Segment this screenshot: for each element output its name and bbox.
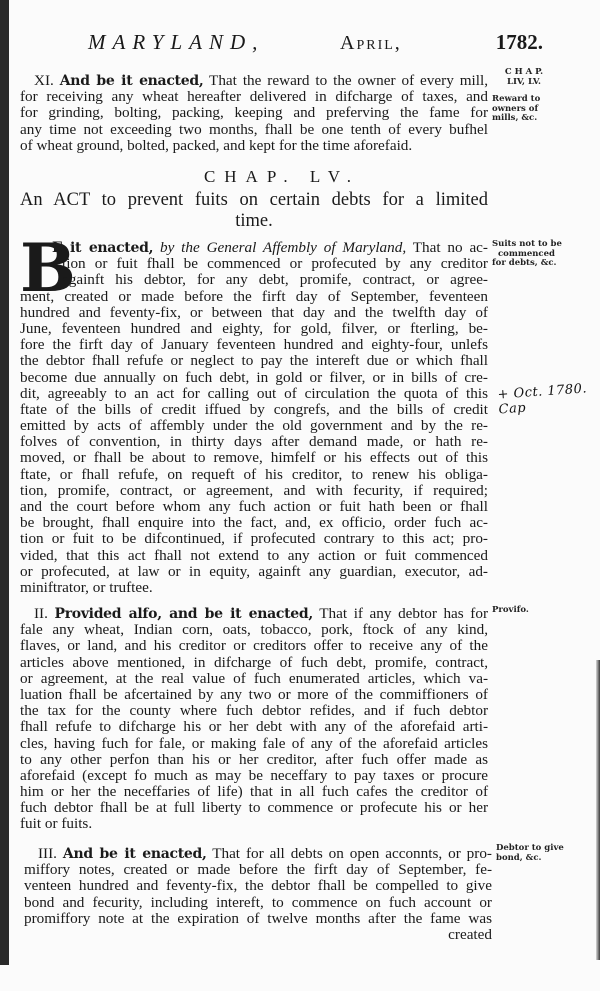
text-line: tion or fuit fhall be commenced or profe… (20, 256, 488, 272)
section-i: E it enacted, by the General Affembly of… (20, 240, 488, 596)
margin-note-proviso: Provifo. (492, 606, 529, 616)
text-line: II. Provided alfo, and be it enacted, Th… (20, 606, 488, 622)
text-line: and the court before whom any fuch actio… (20, 499, 488, 515)
text-line: tion or fuit to be difcontinued, if prof… (20, 531, 488, 547)
text-line: fuit or fuits. (20, 816, 488, 832)
text-line: become due annually on fuch debt, in gol… (20, 370, 488, 386)
section-xi: XI. And be it enacted, That the reward t… (20, 73, 488, 154)
act-title: An ACT to prevent fuits on certain debts… (20, 190, 488, 232)
text-line: to any other perfon than his or her cred… (20, 752, 488, 768)
text-line: cles, having fuch for fale, or making fa… (20, 736, 488, 752)
text-line: E it enacted, by the General Affembly of… (20, 240, 488, 256)
section-number: II. (34, 605, 55, 622)
enacting-clause: And be it enacted, (63, 846, 207, 862)
text-line: the debtor fhall refufe or neglect to pa… (20, 353, 488, 369)
enacting-clause: E it enacted, (52, 240, 153, 256)
text-line: him or her the neceffaries of life) that… (20, 784, 488, 800)
margin-note-reward: Reward to owners of mills, &c. (492, 95, 540, 124)
scanned-page: MARYLAND, April, 1782. XI. And be it ena… (0, 0, 600, 991)
section-ii: II. Provided alfo, and be it enacted, Th… (20, 606, 488, 833)
text-line: emitted by acts of affembly under the ol… (20, 418, 488, 434)
enacting-clause: And be it enacted, (60, 73, 204, 89)
text-line: ment, created or made before the firft d… (20, 289, 488, 305)
text-line: aforefaid (except fo much as may be nece… (20, 768, 488, 784)
text-line: flaves, or land, and his creditor or cre… (20, 638, 488, 654)
text-line: for grinding, bolting, packing, keeping … (20, 105, 488, 121)
text-line: fore the firft day of January feventeen … (20, 337, 488, 353)
scan-edge-shadow (0, 0, 9, 965)
text-line: or profecuted, at law or in equity, agai… (20, 564, 488, 580)
text-line: moved, or fhall be about to remove, himf… (20, 450, 488, 466)
text-line: miffory notes, created or made before th… (24, 862, 492, 878)
text-line: for receiving any wheat hereafter delive… (20, 89, 488, 105)
text-line: ftate, or fhall refufe, on requeft of hi… (20, 467, 488, 483)
section-number: XI. (34, 72, 60, 89)
text-line: XI. And be it enacted, That the reward t… (20, 73, 488, 89)
text-line: bond and fecurity, including intereft, t… (24, 895, 492, 911)
text-line: be brought, fhall enquire into the fact,… (20, 515, 488, 531)
chapter-heading: CHAP. LV. (0, 167, 582, 187)
text-line: June, feventeen hundred and eighty, for … (20, 321, 488, 337)
header-month: April, (340, 32, 402, 55)
text-line: miniftrator, or truftee. (20, 580, 488, 596)
text-line: fhall refufe to difcharge his or her deb… (20, 719, 488, 735)
catchword: created (24, 927, 492, 943)
text-line: luation fhall be afcertained by any two … (20, 687, 488, 703)
section-number: III. (38, 845, 63, 862)
text-line: any time not exceeding two months, fhall… (20, 122, 488, 138)
margin-chapter-ref: C H A P. LIV, LV. (494, 68, 554, 87)
text-line: hundred and feventy-fix, or between that… (20, 305, 488, 321)
text-line: againft his debtor, for any debt, promif… (20, 272, 488, 288)
section-iii: III. And be it enacted, That for all deb… (24, 846, 492, 943)
header-year: 1782. (496, 30, 543, 55)
text-line: dit, agreeably to an act for calling out… (20, 386, 488, 402)
text-line: promiffory note at the expiration of twe… (24, 911, 492, 927)
scan-edge-right (596, 660, 600, 960)
text-line: fale any wheat, Indian corn, oats, tobac… (20, 622, 488, 638)
text-line: or agreement, at the real value of fuch … (20, 671, 488, 687)
header-state: MARYLAND, (88, 30, 264, 55)
text-line: ftate of the bills of credit iffued by c… (20, 402, 488, 418)
text-line: fuch debtor fhall be at full liberty to … (20, 800, 488, 816)
margin-note-debtor-bond: Debtor to give bond, &c. (496, 844, 564, 863)
text-line: articles above mentioned, in difcharge o… (20, 655, 488, 671)
text-line: folves of convention, in thirty days aft… (20, 434, 488, 450)
text-line: vided, that this act fhall not extend to… (20, 548, 488, 564)
margin-note-suits: Suits not to be commenced for debts, &c. (492, 240, 562, 269)
enacting-clause: Provided alfo, and be it enacted, (55, 606, 313, 622)
text-line: of wheat ground, bolted, packed, and kep… (20, 138, 488, 154)
running-header: MARYLAND, April, 1782. (88, 30, 543, 60)
text-line: venteen hundred and feventy-fix, the deb… (24, 878, 492, 894)
text-line: the tax for the county where fuch debtor… (20, 703, 488, 719)
text-line: III. And be it enacted, That for all deb… (24, 846, 492, 862)
text-line: tion, promife, contract, or agreement, a… (20, 483, 488, 499)
handwritten-annotation: + Oct. 1780. Cap (497, 380, 600, 417)
